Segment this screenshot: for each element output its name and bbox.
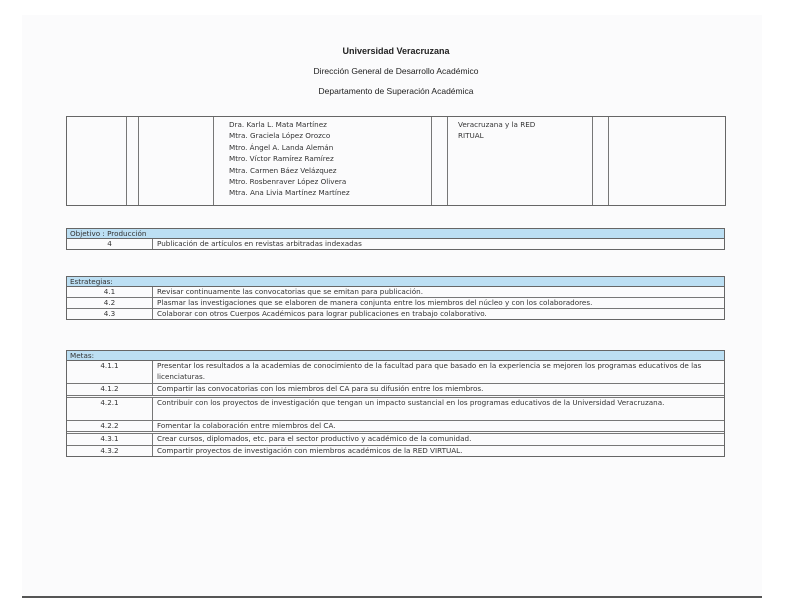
goal-number: 4.1.1	[67, 361, 153, 383]
column-divider	[447, 117, 448, 205]
table-row: 4.1.1 Presentar los resultados a la acad…	[67, 361, 724, 384]
objective-table: Objetivo : Producción 4 Publicación de a…	[66, 228, 725, 250]
goals-table: Metas: 4.1.1 Presentar los resultados a …	[66, 350, 725, 457]
strategies-table: Estrategias: 4.1 Revisar continuamente l…	[66, 276, 725, 320]
table-row: 4.3.2 Compartir proyectos de investigaci…	[67, 446, 724, 457]
goal-text: Fomentar la colaboración entre miembros …	[153, 421, 342, 432]
goal-text: Compartir las convocatorias con los miem…	[153, 384, 489, 395]
member-name: Mtro. Rosbenraver López Olivera	[229, 176, 350, 187]
goal-text: Crear cursos, diplomados, etc. para el s…	[153, 434, 477, 445]
column-divider	[138, 117, 139, 205]
table-row: 4.3.1 Crear cursos, diplomados, etc. par…	[67, 434, 724, 446]
members-list: Dra. Karla L. Mata Martínez Mtra. Gracie…	[229, 119, 350, 199]
table-row: 4.2 Plasmar las investigaciones que se e…	[67, 298, 724, 309]
goal-number: 4.2.1	[67, 398, 153, 420]
objective-header: Objetivo : Producción	[67, 229, 724, 239]
goal-text: Presentar los resultados a la academias …	[153, 361, 724, 383]
strategies-header: Estrategias:	[67, 277, 724, 287]
table-row: 4.1.2 Compartir las convocatorias con lo…	[67, 384, 724, 398]
column-divider	[213, 117, 214, 205]
member-name: Mtra. Carmen Báez Velázquez	[229, 165, 350, 176]
objective-number: 4	[67, 239, 153, 249]
column-divider	[592, 117, 593, 205]
column-divider	[126, 117, 127, 205]
strategy-number: 4.3	[67, 309, 153, 319]
goal-text: Contribuir con los proyectos de investig…	[153, 398, 670, 420]
network-text-line: Veracruzana y la RED	[458, 119, 535, 130]
table-row: 4 Publicación de artículos en revistas a…	[67, 239, 724, 249]
member-name: Dra. Karla L. Mata Martínez	[229, 119, 350, 130]
table-row: 4.2.1 Contribuir con los proyectos de in…	[67, 398, 724, 421]
goal-number: 4.2.2	[67, 421, 153, 432]
directorate-title: Dirección General de Desarrollo Académic…	[0, 66, 792, 76]
strategy-text: Revisar continuamente las convocatorias …	[153, 287, 429, 297]
member-name: Mtra. Ana Livia Martínez Martínez	[229, 187, 350, 198]
department-title: Departamento de Superación Académica	[0, 86, 792, 96]
goal-number: 4.1.2	[67, 384, 153, 395]
strategy-text: Plasmar las investigaciones que se elabo…	[153, 298, 598, 308]
strategy-text: Colaborar con otros Cuerpos Académicos p…	[153, 309, 493, 319]
table-row: 4.1 Revisar continuamente las convocator…	[67, 287, 724, 298]
table-row: 4.2.2 Fomentar la colaboración entre mie…	[67, 421, 724, 435]
goal-text: Compartir proyectos de investigación con…	[153, 446, 468, 457]
member-name: Mtro. Víctor Ramírez Ramírez	[229, 153, 350, 164]
objective-text: Publicación de artículos en revistas arb…	[153, 239, 368, 249]
institution-title: Universidad Veracruzana	[0, 46, 792, 56]
network-cell: Veracruzana y la RED RITUAL	[458, 119, 535, 141]
network-text-line: RITUAL	[458, 130, 535, 141]
goal-number: 4.3.2	[67, 446, 153, 457]
strategy-number: 4.1	[67, 287, 153, 297]
goals-header: Metas:	[67, 351, 724, 361]
column-divider	[431, 117, 432, 205]
goal-number: 4.3.1	[67, 434, 153, 445]
strategy-number: 4.2	[67, 298, 153, 308]
member-name: Mtra. Graciela López Orozco	[229, 130, 350, 141]
member-name: Mtro. Ángel A. Landa Alemán	[229, 142, 350, 153]
members-table: Dra. Karla L. Mata Martínez Mtra. Gracie…	[66, 116, 726, 206]
table-row: 4.3 Colaborar con otros Cuerpos Académic…	[67, 309, 724, 319]
column-divider	[608, 117, 609, 205]
